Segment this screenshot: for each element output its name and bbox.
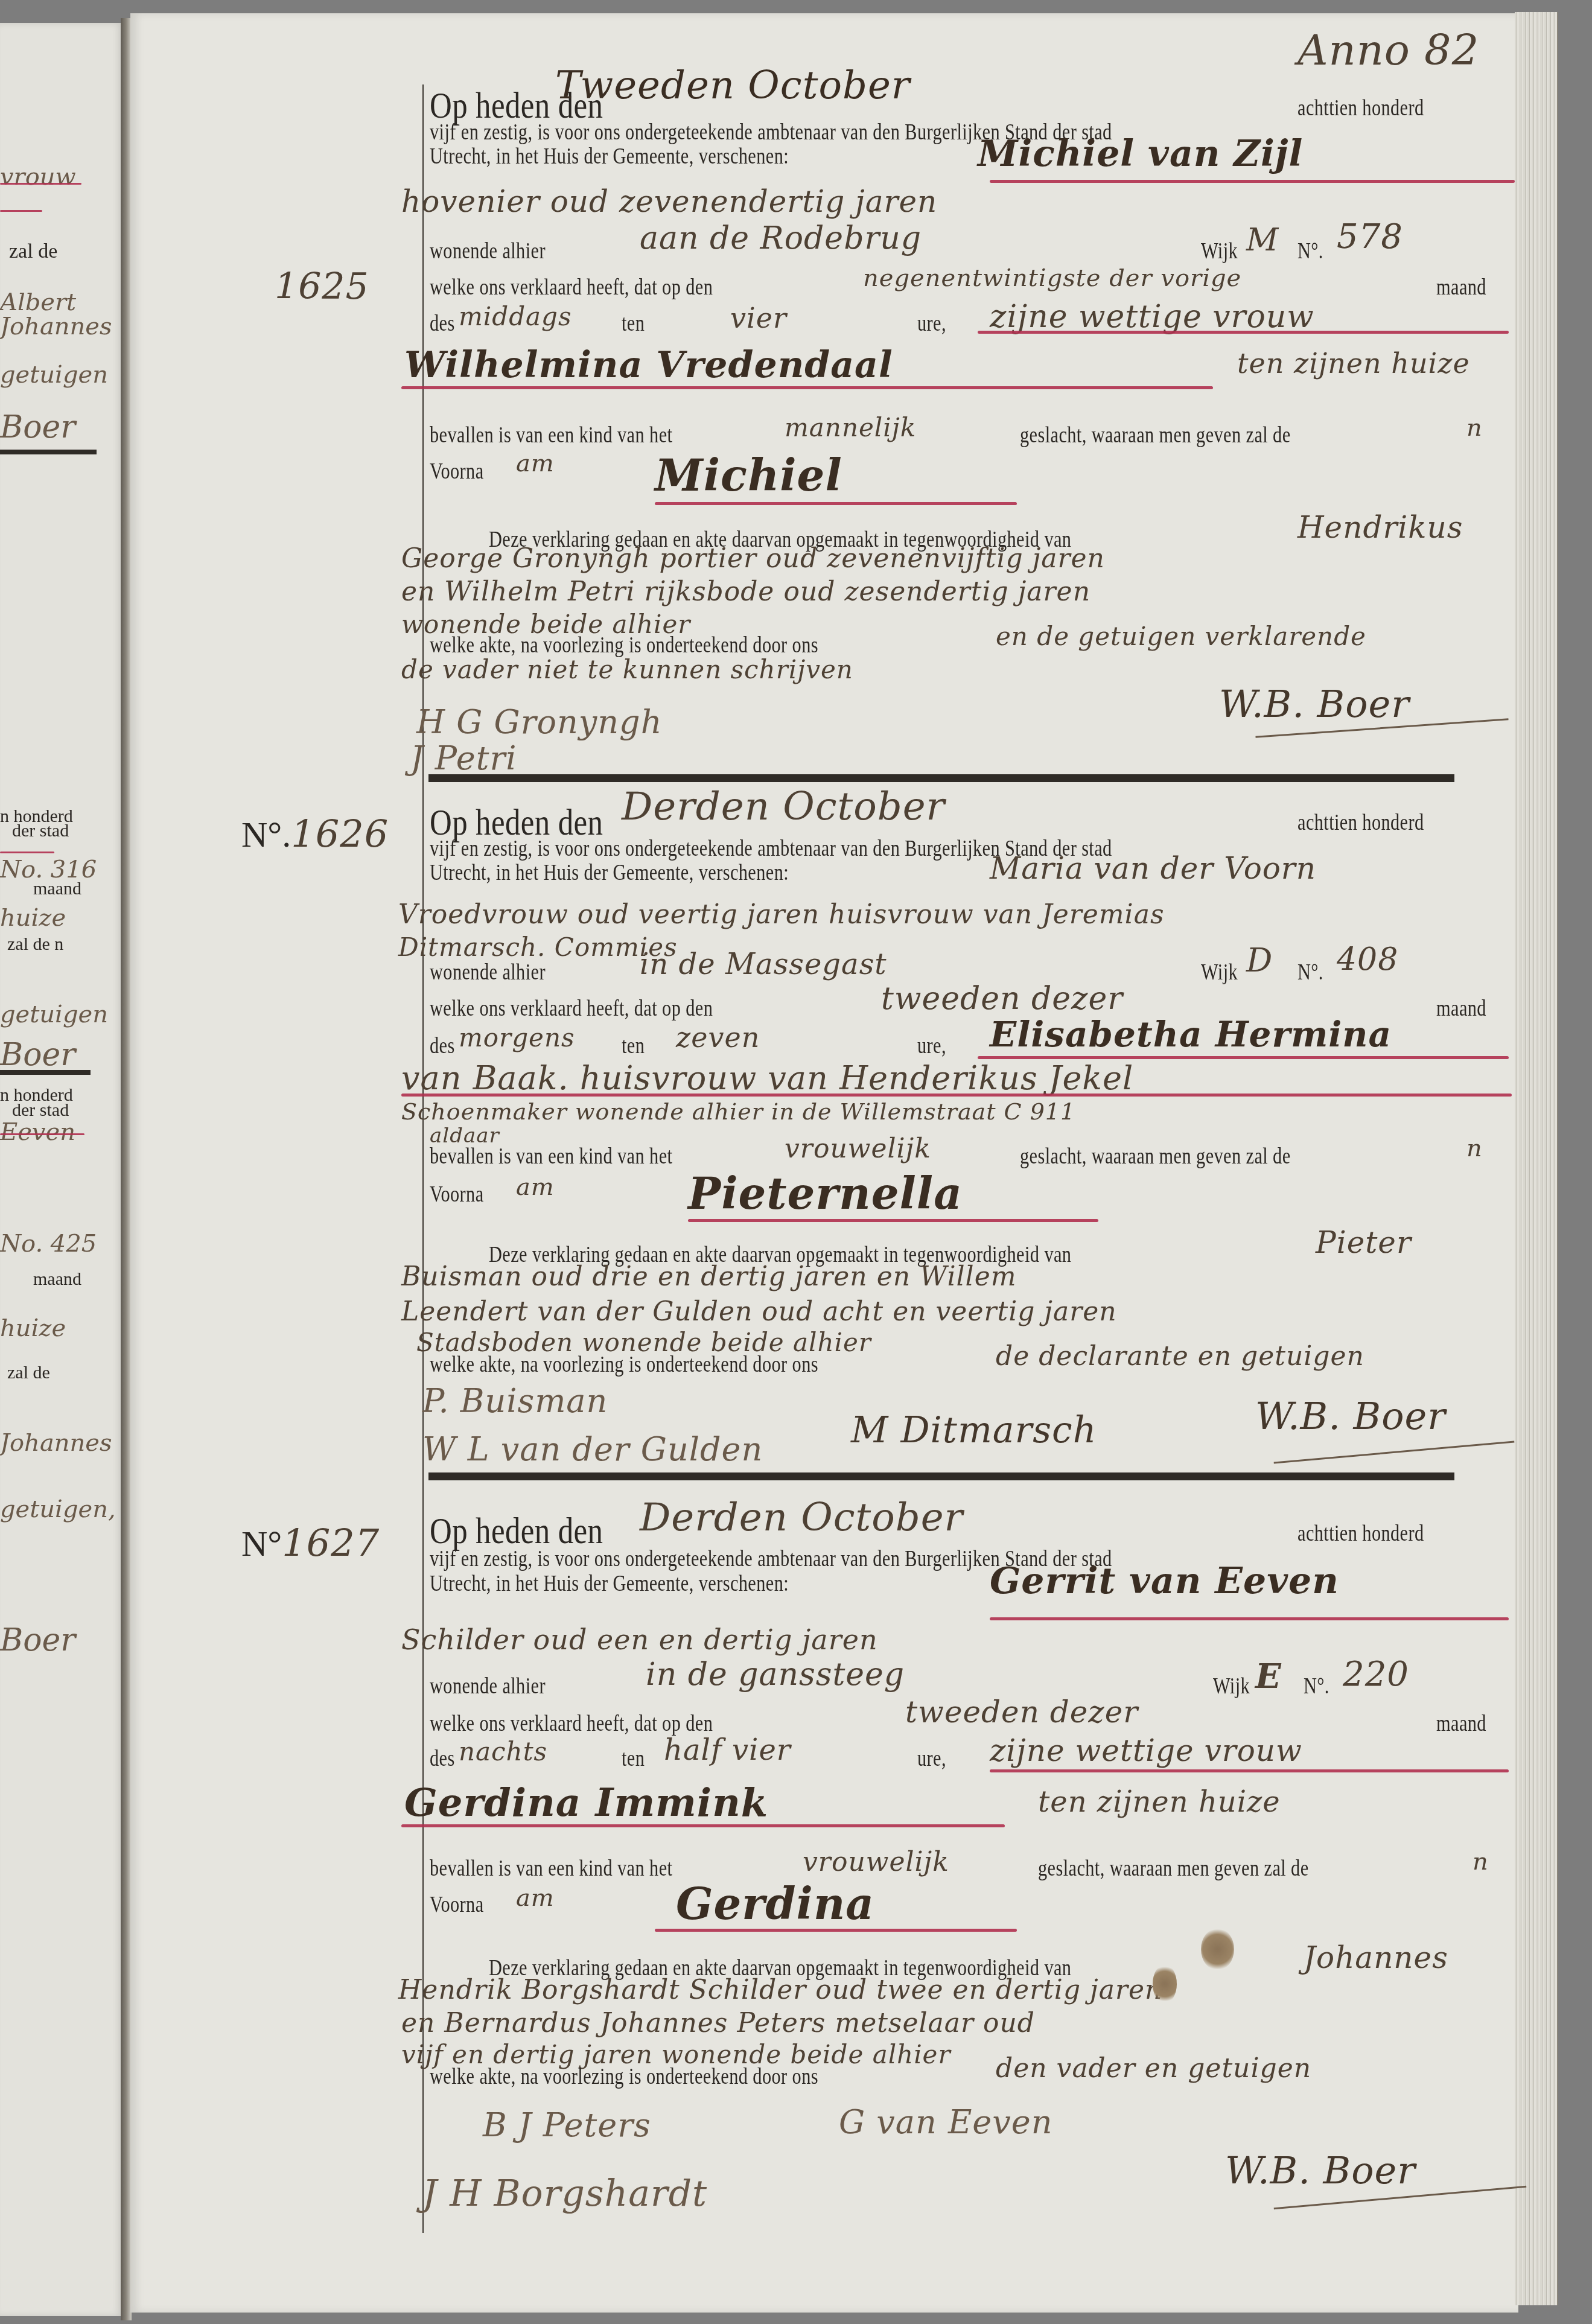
red-underline bbox=[990, 1617, 1509, 1620]
entry-number: 1625 bbox=[275, 266, 369, 308]
form-des: des bbox=[430, 1746, 455, 1772]
declarant-name: Gerrit van Eeven bbox=[990, 1560, 1339, 1602]
form-suffix: n bbox=[1466, 1135, 1483, 1162]
form-maand: maand bbox=[1436, 275, 1486, 301]
witness-text: en Wilhelm Petri rijksbode oud zesendert… bbox=[401, 576, 1091, 607]
wijk-letter: M bbox=[1246, 222, 1279, 258]
child-name: Pieternella bbox=[688, 1168, 963, 1219]
form-op-heden: Op heden den bbox=[430, 1511, 603, 1552]
ink-stain bbox=[1201, 1928, 1234, 1970]
red-underline bbox=[0, 183, 81, 185]
left-fragment: Johannes bbox=[0, 1429, 112, 1457]
mother-name-2: van Baak. huisvrouw van Henderikus Jekel bbox=[401, 1059, 1133, 1097]
entry-number: N°.1626 bbox=[241, 812, 389, 856]
form-voorna-suffix: am bbox=[516, 1884, 555, 1912]
form-ure: ure, bbox=[917, 1746, 946, 1772]
red-underline bbox=[978, 331, 1509, 334]
form-maand: maand bbox=[1436, 1711, 1486, 1737]
witness-text: Johannes bbox=[1304, 1940, 1448, 1975]
left-fragment: Boer bbox=[0, 1622, 75, 1658]
left-fragment: Boer bbox=[0, 409, 75, 445]
signing-text: de vader niet te kunnen schrijven bbox=[401, 655, 853, 684]
hour: half vier bbox=[664, 1733, 791, 1767]
form-wijk: Wijk bbox=[1201, 960, 1238, 985]
form-wonende-alhier: wonende alhier bbox=[430, 238, 546, 264]
signature: M Ditmarsch bbox=[851, 1409, 1097, 1451]
page-annotation: Anno 82 bbox=[1297, 25, 1479, 75]
form-des: des bbox=[430, 1033, 455, 1059]
form-voorna-suffix: am bbox=[516, 450, 555, 477]
form-wijk: Wijk bbox=[1201, 238, 1238, 264]
red-underline bbox=[401, 386, 1213, 389]
declarant-name: Michiel van Zijl bbox=[978, 133, 1303, 175]
left-divider bbox=[0, 1070, 91, 1075]
time-of-day: morgens bbox=[459, 1023, 575, 1052]
signature: J H Borgshardt bbox=[422, 2173, 707, 2215]
form-welke-ons: welke ons verklaard heeft, dat op den bbox=[430, 996, 713, 1022]
mother-name: Gerdina Immink bbox=[404, 1780, 768, 1826]
form-line3: Utrecht, in het Huis der Gemeente, versc… bbox=[430, 144, 789, 170]
child-sex: vrouwelijk bbox=[785, 1133, 931, 1164]
hour: vier bbox=[730, 302, 787, 334]
form-wijk: Wijk bbox=[1213, 1673, 1250, 1699]
form-wonende-alhier: wonende alhier bbox=[430, 1673, 546, 1699]
wijk-letter: D bbox=[1246, 941, 1273, 979]
form-ure: ure, bbox=[917, 1033, 946, 1059]
record-date: Derden October bbox=[622, 785, 945, 829]
red-underline bbox=[688, 1219, 1098, 1222]
form-welke-akte: welke akte, na voorlezing is onderteeken… bbox=[430, 1352, 818, 1378]
hour: zeven bbox=[676, 1021, 760, 1054]
time-of-day: middags bbox=[459, 302, 572, 331]
form-geslacht: geslacht, waaraan men geven zal de bbox=[1038, 1856, 1309, 1882]
left-fragment: zal de bbox=[9, 240, 57, 263]
birth-day: negenentwintigste der vorige bbox=[863, 264, 1241, 292]
left-fragment: Boer bbox=[0, 1037, 75, 1073]
house-number: 220 bbox=[1343, 1655, 1409, 1694]
entry-number-value: 1627 bbox=[282, 1521, 380, 1565]
left-fragment: maand bbox=[33, 1269, 81, 1290]
form-des: des bbox=[430, 311, 455, 337]
witness-text: George Gronyngh portier oud zevenenvijft… bbox=[401, 543, 1105, 574]
address: in de Massegast bbox=[640, 947, 887, 981]
child-sex: mannelijk bbox=[785, 413, 916, 442]
left-fragment: Johannes bbox=[0, 313, 112, 340]
form-ten: ten bbox=[622, 311, 645, 337]
form-suffix: n bbox=[1466, 414, 1483, 442]
red-underline bbox=[401, 1824, 1005, 1827]
declarant-details: Vroedvrouw oud veertig jaren huisvrouw v… bbox=[398, 899, 1164, 930]
left-page: vrouw zal de Albert Johannes getuigen Bo… bbox=[0, 23, 126, 2316]
relation: zijne wettige vrouw bbox=[990, 1733, 1302, 1768]
entry-number: N°1627 bbox=[241, 1521, 380, 1565]
left-fragment: getuigen bbox=[0, 361, 108, 389]
declarant-name: Maria van der Voorn bbox=[990, 851, 1316, 886]
official-signature: W.B. Boer bbox=[1219, 682, 1410, 726]
address: aan de Rodebrug bbox=[640, 220, 922, 256]
form-achttien-honderd: achttien honderd bbox=[1297, 810, 1424, 836]
witness-text: Buisman oud drie en dertig jaren en Will… bbox=[401, 1261, 1016, 1292]
red-underline bbox=[0, 210, 42, 212]
birth-place: ten zijnen huize bbox=[1038, 1785, 1281, 1819]
official-signature: W.B. Boer bbox=[1225, 2148, 1416, 2192]
form-voorna: Voorna bbox=[430, 1182, 484, 1208]
declarant-details: Ditmarsch. Commies bbox=[398, 932, 678, 962]
red-underline bbox=[655, 1929, 1017, 1932]
form-voorna-suffix: am bbox=[516, 1173, 555, 1201]
red-underline bbox=[990, 180, 1515, 183]
entry-number-value: 1626 bbox=[291, 812, 389, 856]
red-underline bbox=[0, 1133, 84, 1135]
left-fragment: zal de n bbox=[7, 934, 63, 955]
form-ten: ten bbox=[622, 1033, 645, 1059]
entry-divider bbox=[428, 774, 1454, 782]
left-fragment: No. 425 bbox=[0, 1230, 97, 1258]
form-achttien-honderd: achttien honderd bbox=[1297, 1521, 1424, 1547]
red-underline bbox=[655, 502, 1017, 505]
form-geslacht: geslacht, waaraan men geven zal de bbox=[1020, 422, 1291, 448]
child-name: Michiel bbox=[655, 450, 842, 501]
declarant-details: hovenier oud zevenendertig jaren bbox=[401, 184, 937, 219]
left-fragment: maand bbox=[33, 879, 81, 899]
form-geslacht: geslacht, waaraan men geven zal de bbox=[1020, 1144, 1291, 1170]
entry-number-prefix: N° bbox=[241, 1524, 282, 1564]
signature: J Petri bbox=[410, 739, 517, 777]
signature: H G Gronyngh bbox=[416, 703, 662, 741]
relation: zijne wettige vrouw bbox=[990, 299, 1314, 335]
time-of-day: nachts bbox=[459, 1737, 547, 1766]
left-divider bbox=[0, 450, 97, 454]
ink-stain bbox=[1153, 1964, 1177, 2004]
house-number: 578 bbox=[1337, 217, 1403, 256]
birth-place: ten zijnen huize bbox=[1237, 347, 1470, 380]
birth-day: tweeden dezer bbox=[881, 981, 1123, 1017]
signature: B J Peters bbox=[483, 2106, 651, 2144]
red-underline bbox=[0, 852, 54, 853]
mother-name: Elisabetha Hermina bbox=[990, 1014, 1392, 1055]
left-fragment: zal de bbox=[7, 1363, 50, 1383]
form-line3: Utrecht, in het Huis der Gemeente, versc… bbox=[430, 1571, 789, 1597]
record-date: Tweeden October bbox=[555, 63, 910, 108]
record-date: Derden October bbox=[640, 1495, 963, 1540]
declarant-details: Schilder oud een en dertig jaren bbox=[401, 1623, 878, 1656]
witness-text: Leendert van der Gulden oud acht en veer… bbox=[401, 1296, 1117, 1327]
form-bevallen: bevallen is van een kind van het bbox=[430, 1144, 672, 1170]
form-voorna: Voorna bbox=[430, 459, 484, 485]
child-name: Gerdina bbox=[676, 1878, 874, 1929]
page-edges bbox=[1515, 12, 1558, 2305]
red-underline bbox=[990, 1769, 1509, 1772]
form-bevallen: bevallen is van een kind van het bbox=[430, 422, 672, 448]
mother-details: Schoenmaker wonende alhier in de Willems… bbox=[401, 1098, 1075, 1125]
child-sex: vrouwelijk bbox=[803, 1847, 949, 1877]
wijk-letter: E bbox=[1255, 1657, 1282, 1696]
address: in de ganssteeg bbox=[646, 1657, 905, 1693]
signature: G van Eeven bbox=[839, 2103, 1053, 2141]
form-no: N°. bbox=[1304, 1673, 1329, 1699]
signing-text: en de getuigen verklarende bbox=[996, 622, 1366, 651]
signing-text: de declarante en getuigen bbox=[996, 1341, 1364, 1372]
form-suffix: n bbox=[1473, 1848, 1489, 1876]
left-fragment: getuigen, bbox=[0, 1495, 116, 1523]
form-ten: ten bbox=[622, 1746, 645, 1772]
left-fragment: Eeven bbox=[0, 1118, 75, 1146]
form-maand: maand bbox=[1436, 996, 1486, 1022]
form-no: N°. bbox=[1297, 238, 1323, 264]
signature: W L van der Gulden bbox=[422, 1430, 763, 1468]
entry-divider bbox=[428, 1472, 1454, 1480]
margin-rule bbox=[422, 84, 424, 2233]
left-fragment: huize bbox=[0, 1314, 66, 1342]
birth-day: tweeden dezer bbox=[905, 1695, 1138, 1730]
form-welke-akte: welke akte, na voorlezing is onderteeken… bbox=[430, 2064, 818, 2090]
witness-text: en Bernardus Johannes Peters metselaar o… bbox=[401, 2008, 1035, 2039]
form-no: N°. bbox=[1297, 960, 1323, 985]
left-fragment: huize bbox=[0, 904, 66, 932]
witness-text: Pieter bbox=[1316, 1225, 1412, 1260]
witness-text: Hendrik Borgshardt Schilder oud twee en … bbox=[398, 1975, 1162, 2005]
official-signature: W.B. Boer bbox=[1255, 1394, 1446, 1438]
form-welke-ons: welke ons verklaard heeft, dat op den bbox=[430, 275, 713, 301]
witness-text: Hendrikus bbox=[1297, 510, 1463, 545]
left-fragment: der stad bbox=[12, 1100, 69, 1121]
form-line3: Utrecht, in het Huis der Gemeente, versc… bbox=[430, 860, 789, 886]
form-voorna: Voorna bbox=[430, 1892, 484, 1918]
mother-name: Wilhelmina Vredendaal bbox=[404, 344, 893, 386]
form-wonende-alhier: wonende alhier bbox=[430, 960, 546, 985]
form-achttien-honderd: achttien honderd bbox=[1297, 95, 1424, 121]
house-number: 408 bbox=[1337, 941, 1398, 978]
form-bevallen: bevallen is van een kind van het bbox=[430, 1856, 672, 1882]
red-underline bbox=[401, 1094, 1512, 1097]
signing-text: den vader en getuigen bbox=[996, 2053, 1311, 2084]
entry-number-prefix: N°. bbox=[241, 815, 291, 855]
signature: P. Buisman bbox=[422, 1382, 608, 1420]
left-fragment: vrouw bbox=[0, 163, 76, 191]
left-fragment: der stad bbox=[12, 821, 69, 841]
form-ure: ure, bbox=[917, 311, 946, 337]
left-fragment: getuigen bbox=[0, 1001, 108, 1028]
